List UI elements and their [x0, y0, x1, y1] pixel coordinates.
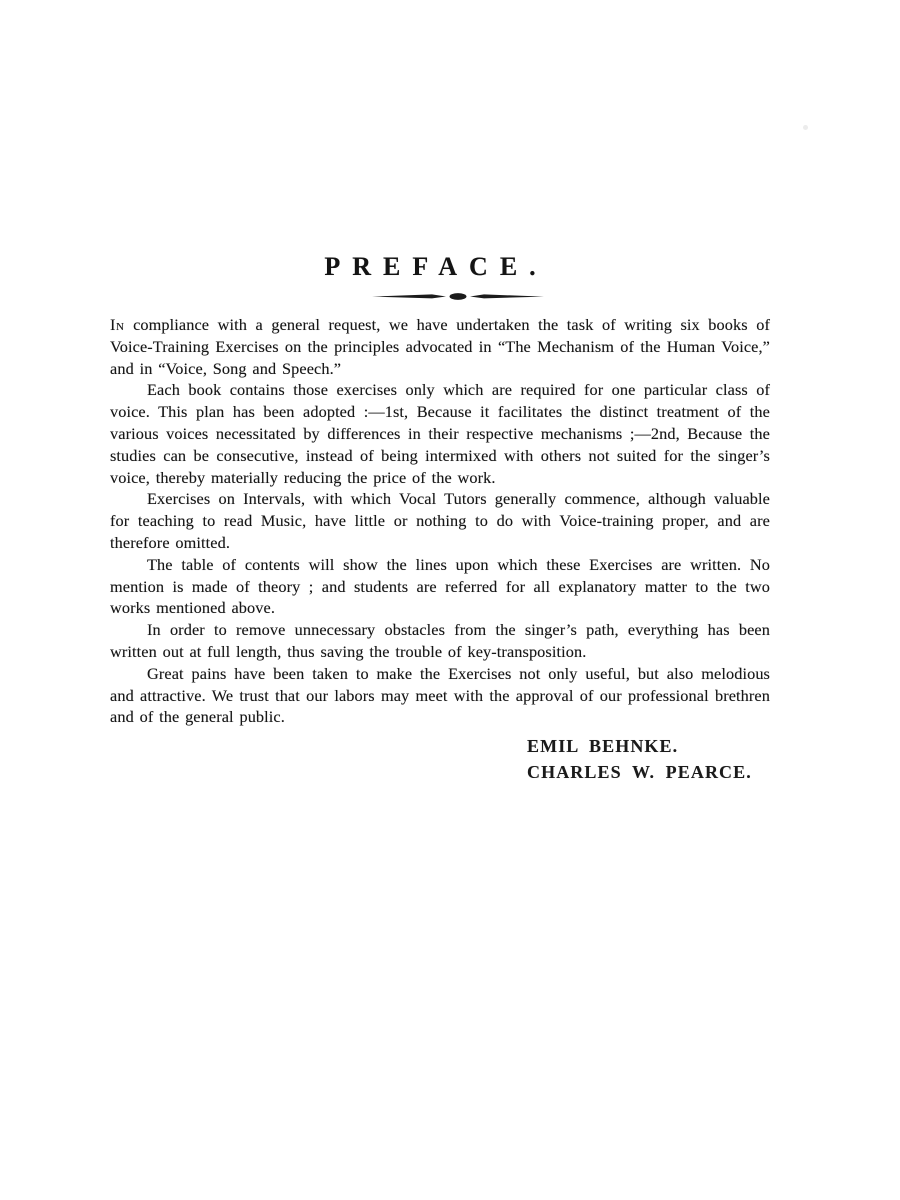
paragraph-4: The table of contents will show the line…: [110, 554, 770, 619]
paragraph-5: In order to remove unnecessary obstacles…: [110, 619, 770, 663]
lead-word: In: [110, 315, 125, 334]
page-title: PREFACE.: [0, 252, 886, 282]
signature-charles-pearce: CHARLES W. PEARCE.: [527, 759, 752, 785]
paragraph-1: In compliance with a general request, we…: [110, 314, 770, 379]
signature-block: EMIL BEHNKE. CHARLES W. PEARCE.: [527, 733, 752, 785]
scan-speck: [803, 125, 808, 130]
paragraph-1-text: compliance with a general request, we ha…: [110, 315, 770, 378]
preface-page: PREFACE. In compliance with a general re…: [0, 0, 900, 1200]
signature-emil-behnke: EMIL BEHNKE.: [527, 733, 752, 759]
paragraph-2: Each book contains those exercises only …: [110, 379, 770, 488]
swelled-rule-ornament-icon: [372, 292, 544, 301]
paragraph-3: Exercises on Intervals, with which Vocal…: [110, 488, 770, 553]
preface-body: In compliance with a general request, we…: [110, 314, 770, 728]
paragraph-6: Great pains have been taken to make the …: [110, 663, 770, 728]
